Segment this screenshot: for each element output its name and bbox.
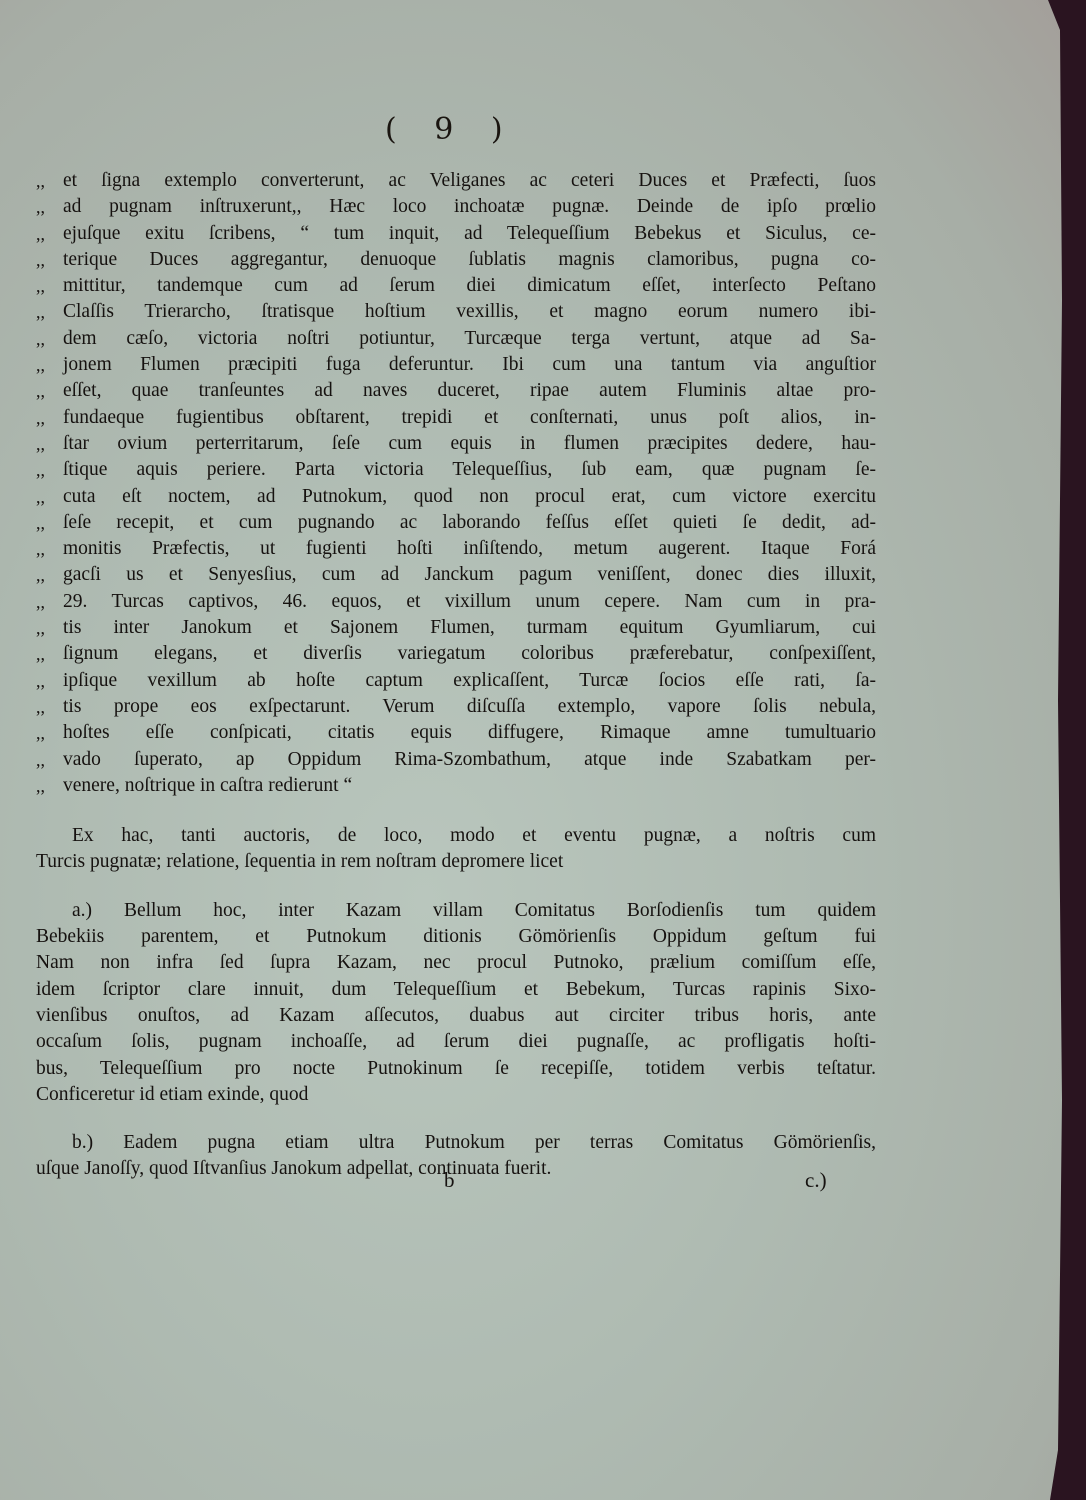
document-page: ( 9 ) ,,et ſigna extemplo converterunt, … bbox=[0, 0, 1064, 1500]
quote-mark: ,, bbox=[36, 668, 63, 694]
quoted-line: ,,ſeſe recepit, et cum pugnando ac labor… bbox=[36, 510, 876, 536]
quote-mark: ,, bbox=[36, 457, 63, 483]
quoted-line: ,,ſignum elegans, et diverſis variegatum… bbox=[36, 641, 876, 667]
quoted-line: ,,cuta eſt noctem, ad Putnokum, quod non… bbox=[36, 484, 876, 510]
quoted-line: ,,ſtar ovium perterritarum, ſeſe cum equ… bbox=[36, 431, 876, 457]
quote-mark: ,, bbox=[36, 536, 63, 562]
quoted-line: ,,jonem Flumen præcipiti fuga deferuntur… bbox=[36, 352, 876, 378]
quoted-line: ,,fundaeque fugientibus obſtarent, trepi… bbox=[36, 405, 876, 431]
quoted-line: ,,hoſtes eſſe conſpicati, citatis equis … bbox=[36, 720, 876, 746]
quoted-line: ,,tis prope eos exſpectarunt. Verum diſc… bbox=[36, 694, 876, 720]
quoted-line: ,,gacſi us et Senyesſius, cum ad Janckum… bbox=[36, 562, 876, 588]
quote-mark: ,, bbox=[36, 378, 63, 404]
paragraph-point-b: b.) Eadem pugna etiam ultra Putnokum per… bbox=[36, 1130, 876, 1183]
page-number: ( 9 ) bbox=[385, 112, 535, 147]
quoted-line: ,,ad pugnam inſtruxerunt,, Hæc loco inch… bbox=[36, 194, 876, 220]
quote-mark: ,, bbox=[36, 773, 63, 799]
quote-mark: ,, bbox=[36, 720, 63, 746]
quoted-line: ,,ſtique aquis periere. Parta victoria T… bbox=[36, 457, 876, 483]
quote-mark: ,, bbox=[36, 562, 63, 588]
quote-mark: ,, bbox=[36, 589, 63, 615]
quoted-line: ,,29. Turcas captivos, 46. equos, et vix… bbox=[36, 589, 876, 615]
quote-mark: ,, bbox=[36, 510, 63, 536]
quote-mark: ,, bbox=[36, 615, 63, 641]
quoted-line: ,,ipſique vexillum ab hoſte captum expli… bbox=[36, 668, 876, 694]
quote-mark: ,, bbox=[36, 326, 63, 352]
quote-mark: ,, bbox=[36, 694, 63, 720]
quoted-line: ,,eſſet, quae tranſeuntes ad naves ducer… bbox=[36, 378, 876, 404]
quote-mark: ,, bbox=[36, 431, 63, 457]
quote-mark: ,, bbox=[36, 405, 63, 431]
quoted-line: ,,dem cæſo, victoria noſtri potiuntur, T… bbox=[36, 326, 876, 352]
quote-mark: ,, bbox=[36, 273, 63, 299]
quoted-line: ,,Claſſis Trierarcho, ſtratisque hoſtium… bbox=[36, 299, 876, 325]
quote-mark: ,, bbox=[36, 747, 63, 773]
quoted-line: ,,et ſigna extemplo converterunt, ac Vel… bbox=[36, 168, 876, 194]
quote-mark: ,, bbox=[36, 299, 63, 325]
quote-mark: ,, bbox=[36, 194, 63, 220]
quoted-line: ,,monitis Præfectis, ut fugienti hoſti i… bbox=[36, 536, 876, 562]
quoted-line: ,,tis inter Janokum et Sajonem Flumen, t… bbox=[36, 615, 876, 641]
quoted-line: ,,venere, noſtrique in caſtra redierunt … bbox=[36, 773, 876, 799]
catchword: c.) bbox=[805, 1168, 827, 1193]
quote-mark: ,, bbox=[36, 168, 63, 194]
quoted-block: ,,et ſigna extemplo converterunt, ac Vel… bbox=[36, 168, 876, 799]
signature-mark: b bbox=[444, 1168, 455, 1193]
page-body: ,,et ſigna extemplo converterunt, ac Vel… bbox=[36, 168, 876, 1183]
quoted-line: ,,ejuſque exitu ſcribens, “ tum inquit, … bbox=[36, 221, 876, 247]
quote-mark: ,, bbox=[36, 247, 63, 273]
paragraph-intro: Ex hac, tanti auctoris, de loco, modo et… bbox=[36, 823, 876, 876]
quote-mark: ,, bbox=[36, 221, 63, 247]
quoted-line: ,,vado ſuperato, ap Oppidum Rima-Szombat… bbox=[36, 747, 876, 773]
quote-mark: ,, bbox=[36, 641, 63, 667]
quoted-line: ,,mittitur, tandemque cum ad ſerum diei … bbox=[36, 273, 876, 299]
paragraph-point-a: a.) Bellum hoc, inter Kazam villam Comit… bbox=[36, 898, 876, 1108]
quote-mark: ,, bbox=[36, 352, 63, 378]
quote-mark: ,, bbox=[36, 484, 63, 510]
quoted-line: ,,terique Duces aggregantur, denuoque ſu… bbox=[36, 247, 876, 273]
